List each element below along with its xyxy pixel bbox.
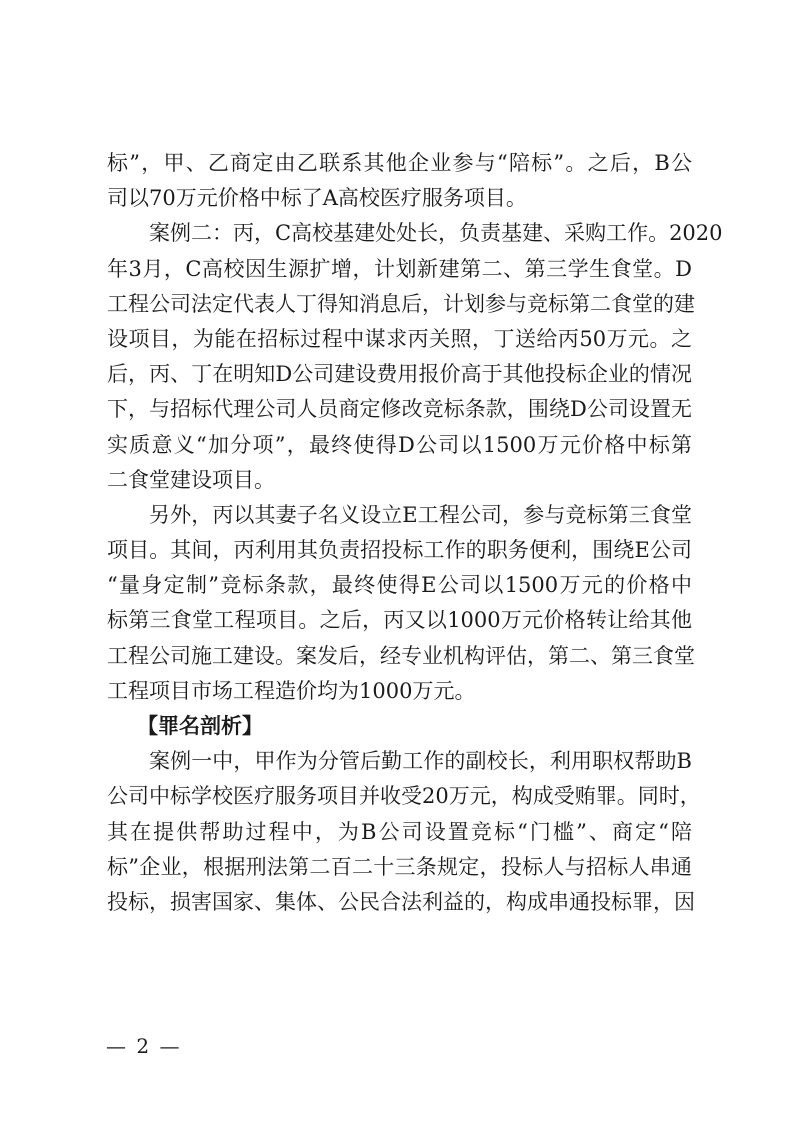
document-page-body: 标”，甲、乙商定由乙联系其他企业参与“陪标”。之后，B公 司以70万元价格中标了… xyxy=(107,146,692,920)
text-line: 后，丙、丁在明知D公司建设费用报价高于其他投标企业的情况 xyxy=(107,357,692,392)
page-number: — 2 — xyxy=(106,1034,181,1058)
paragraph-case-one-continuation: 标”，甲、乙商定由乙联系其他企业参与“陪标”。之后，B公 司以70万元价格中标了… xyxy=(107,146,692,216)
text-line: 案例二：丙，C高校基建处处长，负责基建、采购工作。2020 xyxy=(107,216,692,251)
text-line: 其在提供帮助过程中，为B公司设置竞标“门槛”、商定“陪 xyxy=(107,815,692,850)
text-line: “量身定制”竞标条款，最终使得E公司以1500万元的价格中 xyxy=(107,568,692,603)
paragraph-analysis: 案例一中，甲作为分管后勤工作的副校长，利用职权帮助B 公司中标学校医疗服务项目并… xyxy=(107,744,692,920)
text-line: 标”企业，根据刑法第二百二十三条规定，投标人与招标人串通 xyxy=(107,850,692,885)
text-line: 工程项目市场工程造价均为1000万元。 xyxy=(107,674,692,709)
text-line: 二食堂建设项目。 xyxy=(107,463,692,498)
text-line: 司以70万元价格中标了A高校医疗服务项目。 xyxy=(107,181,692,216)
text-line: 年3月，C高校因生源扩增，计划新建第二、第三学生食堂。D xyxy=(107,252,692,287)
text-line: 标第三食堂工程项目。之后，丙又以1000万元价格转让给其他 xyxy=(107,603,692,638)
paragraph-case-two-continued: 另外，丙以其妻子名义设立E工程公司，参与竞标第三食堂 项目。其间，丙利用其负责招… xyxy=(107,498,692,709)
text-line: 另外，丙以其妻子名义设立E工程公司，参与竞标第三食堂 xyxy=(107,498,692,533)
text-line: 标”，甲、乙商定由乙联系其他企业参与“陪标”。之后，B公 xyxy=(107,146,692,181)
text-line: 设项目，为能在招标过程中谋求丙关照，丁送给丙50万元。之 xyxy=(107,322,692,357)
section-heading-charge-analysis: 【罪名剖析】 xyxy=(107,709,692,744)
text-line: 工程公司法定代表人丁得知消息后，计划参与竞标第二食堂的建 xyxy=(107,287,692,322)
text-line: 实质意义“加分项”，最终使得D公司以1500万元价格中标第 xyxy=(107,428,692,463)
text-line: 案例一中，甲作为分管后勤工作的副校长，利用职权帮助B xyxy=(107,744,692,779)
paragraph-case-two: 案例二：丙，C高校基建处处长，负责基建、采购工作。2020 年3月，C高校因生源… xyxy=(107,216,692,498)
text-line: 投标，损害国家、集体、公民合法利益的，构成串通投标罪，因 xyxy=(107,885,692,920)
text-line: 项目。其间，丙利用其负责招投标工作的职务便利，围绕E公司 xyxy=(107,533,692,568)
text-line: 下，与招标代理公司人员商定修改竞标条款，围绕D公司设置无 xyxy=(107,392,692,427)
text-line: 工程公司施工建设。案发后，经专业机构评估，第二、第三食堂 xyxy=(107,639,692,674)
text-line: 公司中标学校医疗服务项目并收受20万元，构成受贿罪。同时， xyxy=(107,779,692,814)
